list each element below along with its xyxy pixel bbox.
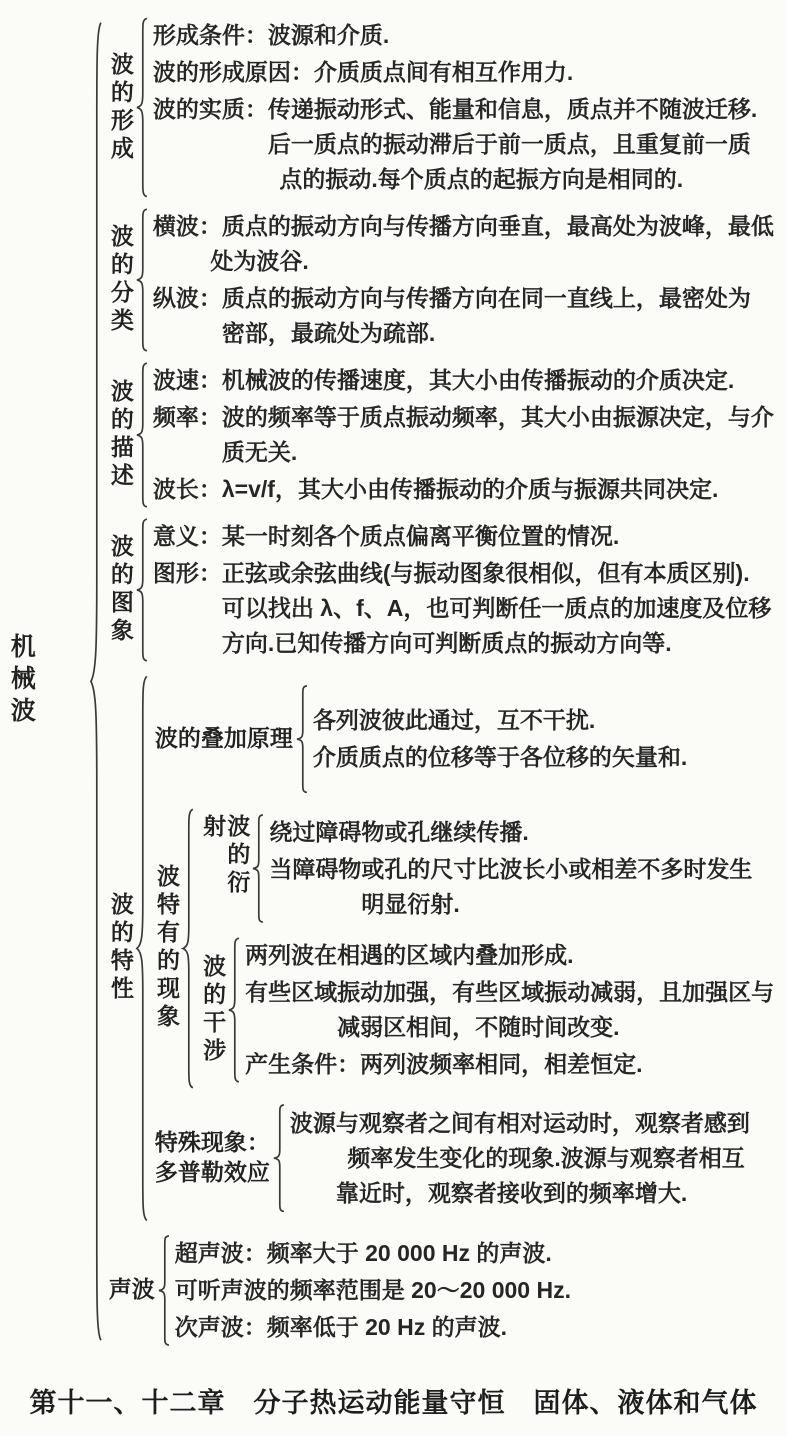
label-cell: 声波 [107, 1235, 157, 1346]
brace [135, 518, 148, 662]
brace [272, 1104, 285, 1212]
text-line: 靠近时，观察者接收到的频率增大. [290, 1176, 781, 1211]
brace-icon [227, 937, 240, 1083]
text-line: 产生条件：两列波频率相同，相差恒定. [245, 1047, 781, 1082]
brace [135, 362, 148, 508]
text-item: 意义：某一时刻各个质点偏离平衡位置的情况. [153, 519, 781, 554]
brace [227, 937, 240, 1083]
label-cell: 波的干涉 [199, 937, 227, 1083]
text-item: 波速：机械波的传播速度，其大小由传播振动的介质决定. [153, 363, 781, 398]
text-item: 次声波：频率低于 20 Hz 的声波. [175, 1310, 781, 1345]
label-cell: 波的描述 [107, 362, 135, 508]
text-line: 方向.已知传播方向可判断质点的振动方向等. [153, 626, 781, 661]
children-of-wave-description: 波速：机械波的传播速度，其大小由传播振动的介质决定.频率：波的频率等于质点振动频… [148, 362, 781, 508]
children-of-wave-formation: 形成条件：波源和介质.波的形成原因：介质质点间有相互作用力.波的实质：传递振动形… [148, 17, 781, 198]
text-item: 纵波：质点的振动方向与传播方向在同一直线上，最密处为密部，最疏处为疏部. [153, 281, 781, 351]
text-item: 各列波彼此通过，互不干扰. [313, 703, 781, 738]
text-item: 介质质点的位移等于各位移的矢量和. [313, 740, 781, 775]
node-diffraction: 波的衍射绕过障碍物或孔继续传播.当障碍物或孔的尺寸比波长小或相差不多时发生明显衍… [199, 814, 781, 923]
text-item: 波的实质：传递振动形式、能量和信息，质点并不随波迁移.后一质点的振动滞后于前一质… [153, 92, 781, 197]
label-cell: 机械波 [6, 12, 89, 1351]
node-doppler-effect: 特殊现象： 多普勒效应波源与观察者之间有相对运动时，观察者感到频率发生变化的现象… [153, 1104, 781, 1212]
text-line: 减弱区相间，不随时间改变. [245, 1010, 781, 1045]
text-line: 后一质点的振动滞后于前一质点，且重复前一质 [153, 127, 781, 162]
text-line: 频率：波的频率等于质点振动频率，其大小由振源决定，与介 [153, 400, 781, 435]
text-line: 形成条件：波源和介质. [153, 18, 781, 53]
node-label-doppler-effect: 特殊现象： 多普勒效应 [155, 1128, 270, 1188]
text-line: 两列波在相遇的区域内叠加形成. [245, 938, 781, 973]
brace-icon [135, 672, 148, 1225]
text-line: 绕过障碍物或孔继续传播. [269, 815, 781, 850]
text-line: 各列波彼此通过，互不干扰. [313, 703, 781, 738]
brace-icon [89, 12, 102, 1351]
label-cell: 特殊现象： 多普勒效应 [153, 1104, 272, 1212]
node-mechanical-wave: 机械波波的形成形成条件：波源和介质.波的形成原因：介质质点间有相互作用力.波的实… [6, 12, 781, 1351]
text-item: 有些区域振动加强，有些区域振动减弱，且加强区与减弱区相间，不随时间改变. [245, 975, 781, 1045]
brace [295, 685, 308, 793]
text-item: 波的形成原因：介质质点间有相互作用力. [153, 55, 781, 90]
children-of-wave-classification: 横波：质点的振动方向与传播方向垂直，最高处为波峰，最低处为波谷.纵波：质点的振动… [148, 208, 781, 352]
text-item: 两列波在相遇的区域内叠加形成. [245, 938, 781, 973]
node-sound-wave: 声波超声波：频率大于 20 000 Hz 的声波.可听声波的频率范围是 20～2… [107, 1235, 781, 1346]
brace [157, 1235, 170, 1346]
label-cell: 波的形成 [107, 17, 135, 198]
node-label-wave-description: 波的描述 [109, 379, 133, 491]
label-cell: 波的分类 [107, 208, 135, 352]
label-cell: 波的叠加原理 [153, 685, 295, 793]
node-wave-description: 波的描述波速：机械波的传播速度，其大小由传播振动的介质决定.频率：波的频率等于质… [107, 362, 781, 508]
brace [135, 672, 148, 1225]
brace [135, 208, 148, 352]
node-label-wave-specific-phenomena: 波特有的现象 [155, 864, 179, 1032]
label-cell: 波的特性 [107, 672, 135, 1225]
children-of-doppler-effect: 波源与观察者之间有相对运动时，观察者感到频率发生变化的现象.波源与观察者相互靠近… [285, 1104, 781, 1212]
text-item: 超声波：频率大于 20 000 Hz 的声波. [175, 1236, 781, 1271]
node-label-superposition-principle: 波的叠加原理 [155, 724, 293, 754]
node-label-wave-formation: 波的形成 [109, 52, 133, 164]
brace [181, 807, 194, 1090]
brace [89, 12, 102, 1351]
node-label-interference: 波的干涉 [201, 954, 225, 1066]
text-line: 频率发生变化的现象.波源与观察者相互 [290, 1141, 781, 1176]
text-line: 超声波：频率大于 20 000 Hz 的声波. [175, 1236, 781, 1271]
text-line: 密部，最疏处为疏部. [153, 316, 781, 351]
node-wave-properties: 波的特性波的叠加原理各列波彼此通过，互不干扰.介质质点的位移等于各位移的矢量和.… [107, 672, 781, 1225]
text-line: 可听声波的频率范围是 20～20 000 Hz. [175, 1273, 781, 1308]
text-item: 形成条件：波源和介质. [153, 18, 781, 53]
brace-icon [135, 518, 148, 662]
text-line: 横波：质点的振动方向与传播方向垂直，最高处为波峰，最低 [153, 209, 781, 244]
node-label-mechanical-wave: 机械波 [8, 633, 34, 729]
brace-icon [295, 685, 308, 793]
children-of-mechanical-wave: 波的形成形成条件：波源和介质.波的形成原因：介质质点间有相互作用力.波的实质：传… [102, 12, 781, 1351]
text-item: 当障碍物或孔的尺寸比波长小或相差不多时发生明显衍射. [269, 852, 781, 922]
text-item: 产生条件：两列波频率相同，相差恒定. [245, 1047, 781, 1082]
children-of-wave-properties: 波的叠加原理各列波彼此通过，互不干扰.介质质点的位移等于各位移的矢量和.波特有的… [148, 672, 781, 1225]
text-line: 次声波：频率低于 20 Hz 的声波. [175, 1310, 781, 1345]
text-line: 处为波谷. [153, 244, 781, 279]
brace-icon [157, 1235, 170, 1346]
text-item: 横波：质点的振动方向与传播方向垂直，最高处为波峰，最低处为波谷. [153, 209, 781, 279]
text-line: 波的实质：传递振动形式、能量和信息，质点并不随波迁移. [153, 92, 781, 127]
text-line: 波的形成原因：介质质点间有相互作用力. [153, 55, 781, 90]
node-label-wave-graph: 波的图象 [109, 534, 133, 646]
text-line: 意义：某一时刻各个质点偏离平衡位置的情况. [153, 519, 781, 554]
text-item: 频率：波的频率等于质点振动频率，其大小由振源决定，与介质无关. [153, 400, 781, 470]
children-of-wave-specific-phenomena: 波的衍射绕过障碍物或孔继续传播.当障碍物或孔的尺寸比波长小或相差不多时发生明显衍… [194, 807, 781, 1090]
brace-icon [272, 1104, 285, 1212]
text-item: 可听声波的频率范围是 20～20 000 Hz. [175, 1273, 781, 1308]
children-of-superposition-principle: 各列波彼此通过，互不干扰.介质质点的位移等于各位移的矢量和. [308, 685, 781, 793]
children-of-diffraction: 绕过障碍物或孔继续传播.当障碍物或孔的尺寸比波长小或相差不多时发生明显衍射. [264, 814, 781, 923]
children-of-interference: 两列波在相遇的区域内叠加形成.有些区域振动加强，有些区域振动减弱，且加强区与减弱… [240, 937, 781, 1083]
node-label-diffraction: 波的衍射 [201, 814, 249, 923]
node-wave-formation: 波的形成形成条件：波源和介质.波的形成原因：介质质点间有相互作用力.波的实质：传… [107, 17, 781, 198]
node-interference: 波的干涉两列波在相遇的区域内叠加形成.有些区域振动加强，有些区域振动减弱，且加强… [199, 937, 781, 1083]
brace [251, 814, 264, 923]
node-label-sound-wave: 声波 [109, 1275, 155, 1305]
text-item: 波长：λ=v/f，其大小由传播振动的介质与振源共同决定. [153, 472, 781, 507]
brace-icon [251, 814, 264, 923]
text-line: 点的振动.每个质点的起振方向是相同的. [153, 162, 781, 197]
brace-icon [135, 17, 148, 198]
text-item: 波源与观察者之间有相对运动时，观察者感到频率发生变化的现象.波源与观察者相互靠近… [290, 1106, 781, 1211]
text-line: 质无关. [153, 435, 781, 470]
brace-icon [181, 807, 194, 1090]
text-item: 图形：正弦或余弦曲线(与振动图象很相似，但有本质区别).可以找出 λ、f、A，也… [153, 556, 781, 661]
text-line: 图形：正弦或余弦曲线(与振动图象很相似，但有本质区别). [153, 556, 781, 591]
node-superposition-principle: 波的叠加原理各列波彼此通过，互不干扰.介质质点的位移等于各位移的矢量和. [153, 685, 781, 793]
node-wave-graph: 波的图象意义：某一时刻各个质点偏离平衡位置的情况.图形：正弦或余弦曲线(与振动图… [107, 518, 781, 662]
chapter-caption: 第十一、十二章 分子热运动能量守恒 固体、液体和气体 [6, 1381, 781, 1420]
node-label-wave-properties: 波的特性 [109, 892, 133, 1004]
mechanical-wave-tree: 机械波波的形成形成条件：波源和介质.波的形成原因：介质质点间有相互作用力.波的实… [6, 12, 781, 1351]
brace-icon [135, 208, 148, 352]
concept-map-page: 机械波波的形成形成条件：波源和介质.波的形成原因：介质质点间有相互作用力.波的实… [0, 0, 787, 1436]
brace-icon [135, 362, 148, 508]
text-line: 有些区域振动加强，有些区域振动减弱，且加强区与 [245, 975, 781, 1010]
text-line: 介质质点的位移等于各位移的矢量和. [313, 740, 781, 775]
label-cell: 波的衍射 [199, 814, 251, 923]
label-cell: 波特有的现象 [153, 807, 181, 1090]
text-line: 波长：λ=v/f，其大小由传播振动的介质与振源共同决定. [153, 472, 781, 507]
node-wave-classification: 波的分类横波：质点的振动方向与传播方向垂直，最高处为波峰，最低处为波谷.纵波：质… [107, 208, 781, 352]
text-line: 波速：机械波的传播速度，其大小由传播振动的介质决定. [153, 363, 781, 398]
text-line: 波源与观察者之间有相对运动时，观察者感到 [290, 1106, 781, 1141]
text-line: 当障碍物或孔的尺寸比波长小或相差不多时发生 [269, 852, 781, 887]
text-line: 可以找出 λ、f、A，也可判断任一质点的加速度及位移 [153, 591, 781, 626]
text-line: 纵波：质点的振动方向与传播方向在同一直线上，最密处为 [153, 281, 781, 316]
text-item: 绕过障碍物或孔继续传播. [269, 815, 781, 850]
brace [135, 17, 148, 198]
node-label-wave-classification: 波的分类 [109, 224, 133, 336]
text-line: 明显衍射. [269, 887, 781, 922]
node-wave-specific-phenomena: 波特有的现象波的衍射绕过障碍物或孔继续传播.当障碍物或孔的尺寸比波长小或相差不多… [153, 807, 781, 1090]
label-cell: 波的图象 [107, 518, 135, 662]
children-of-wave-graph: 意义：某一时刻各个质点偏离平衡位置的情况.图形：正弦或余弦曲线(与振动图象很相似… [148, 518, 781, 662]
children-of-sound-wave: 超声波：频率大于 20 000 Hz 的声波.可听声波的频率范围是 20～20 … [170, 1235, 781, 1346]
